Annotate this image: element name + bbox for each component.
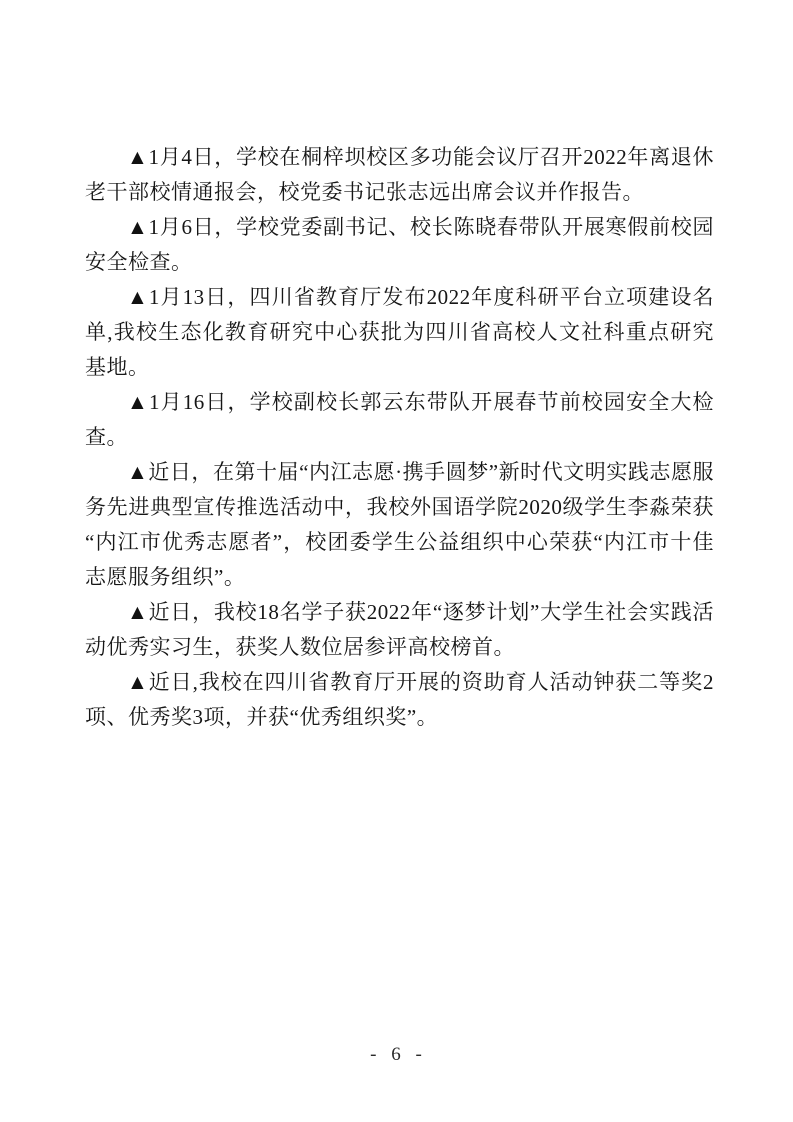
news-item-text: 近日，我校18名学子获2022年“逐梦计划”大学生社会实践活动优秀实习生，获奖人… [85,600,714,659]
triangle-bullet-icon: ▲ [127,460,148,484]
news-item: ▲近日，我校18名学子获2022年“逐梦计划”大学生社会实践活动优秀实习生，获奖… [85,595,714,665]
triangle-bullet-icon: ▲ [127,215,149,239]
news-item-text: 1月6日，学校党委副书记、校长陈晓春带队开展寒假前校园安全检查。 [85,215,714,274]
news-item: ▲1月6日，学校党委副书记、校长陈晓春带队开展寒假前校园安全检查。 [85,210,714,280]
news-item-text: 1月16日，学校副校长郭云东带队开展春节前校园安全大检查。 [85,390,714,449]
triangle-bullet-icon: ▲ [127,670,149,694]
triangle-bullet-icon: ▲ [127,390,149,414]
triangle-bullet-icon: ▲ [127,600,149,624]
news-brief-list: ▲1月4日，学校在桐梓坝校区多功能会议厅召开2022年离退休老干部校情通报会，校… [85,140,714,735]
news-item-text: 近日,我校在四川省教育厅开展的资助育人活动钟获二等奖2项、优秀奖3项，并获“优秀… [85,670,714,729]
page-number: - 6 - [0,1044,793,1066]
news-item-text: 近日，在第十届“内江志愿·携手圆梦”新时代文明实践志愿服务先进典型宣传推选活动中… [85,460,714,589]
news-item: ▲近日，在第十届“内江志愿·携手圆梦”新时代文明实践志愿服务先进典型宣传推选活动… [85,455,714,595]
news-item-text: 1月13日，四川省教育厅发布2022年度科研平台立项建设名单,我校生态化教育研究… [85,285,714,379]
news-item: ▲1月16日，学校副校长郭云东带队开展春节前校园安全大检查。 [85,385,714,455]
triangle-bullet-icon: ▲ [127,145,149,169]
scanned-document-page: ▲1月4日，学校在桐梓坝校区多功能会议厅召开2022年离退休老干部校情通报会，校… [0,0,793,1122]
triangle-bullet-icon: ▲ [127,285,149,309]
news-item: ▲近日,我校在四川省教育厅开展的资助育人活动钟获二等奖2项、优秀奖3项，并获“优… [85,665,714,735]
news-item: ▲1月4日，学校在桐梓坝校区多功能会议厅召开2022年离退休老干部校情通报会，校… [85,140,714,210]
news-item-text: 1月4日，学校在桐梓坝校区多功能会议厅召开2022年离退休老干部校情通报会，校党… [85,145,714,204]
news-item: ▲1月13日，四川省教育厅发布2022年度科研平台立项建设名单,我校生态化教育研… [85,280,714,385]
